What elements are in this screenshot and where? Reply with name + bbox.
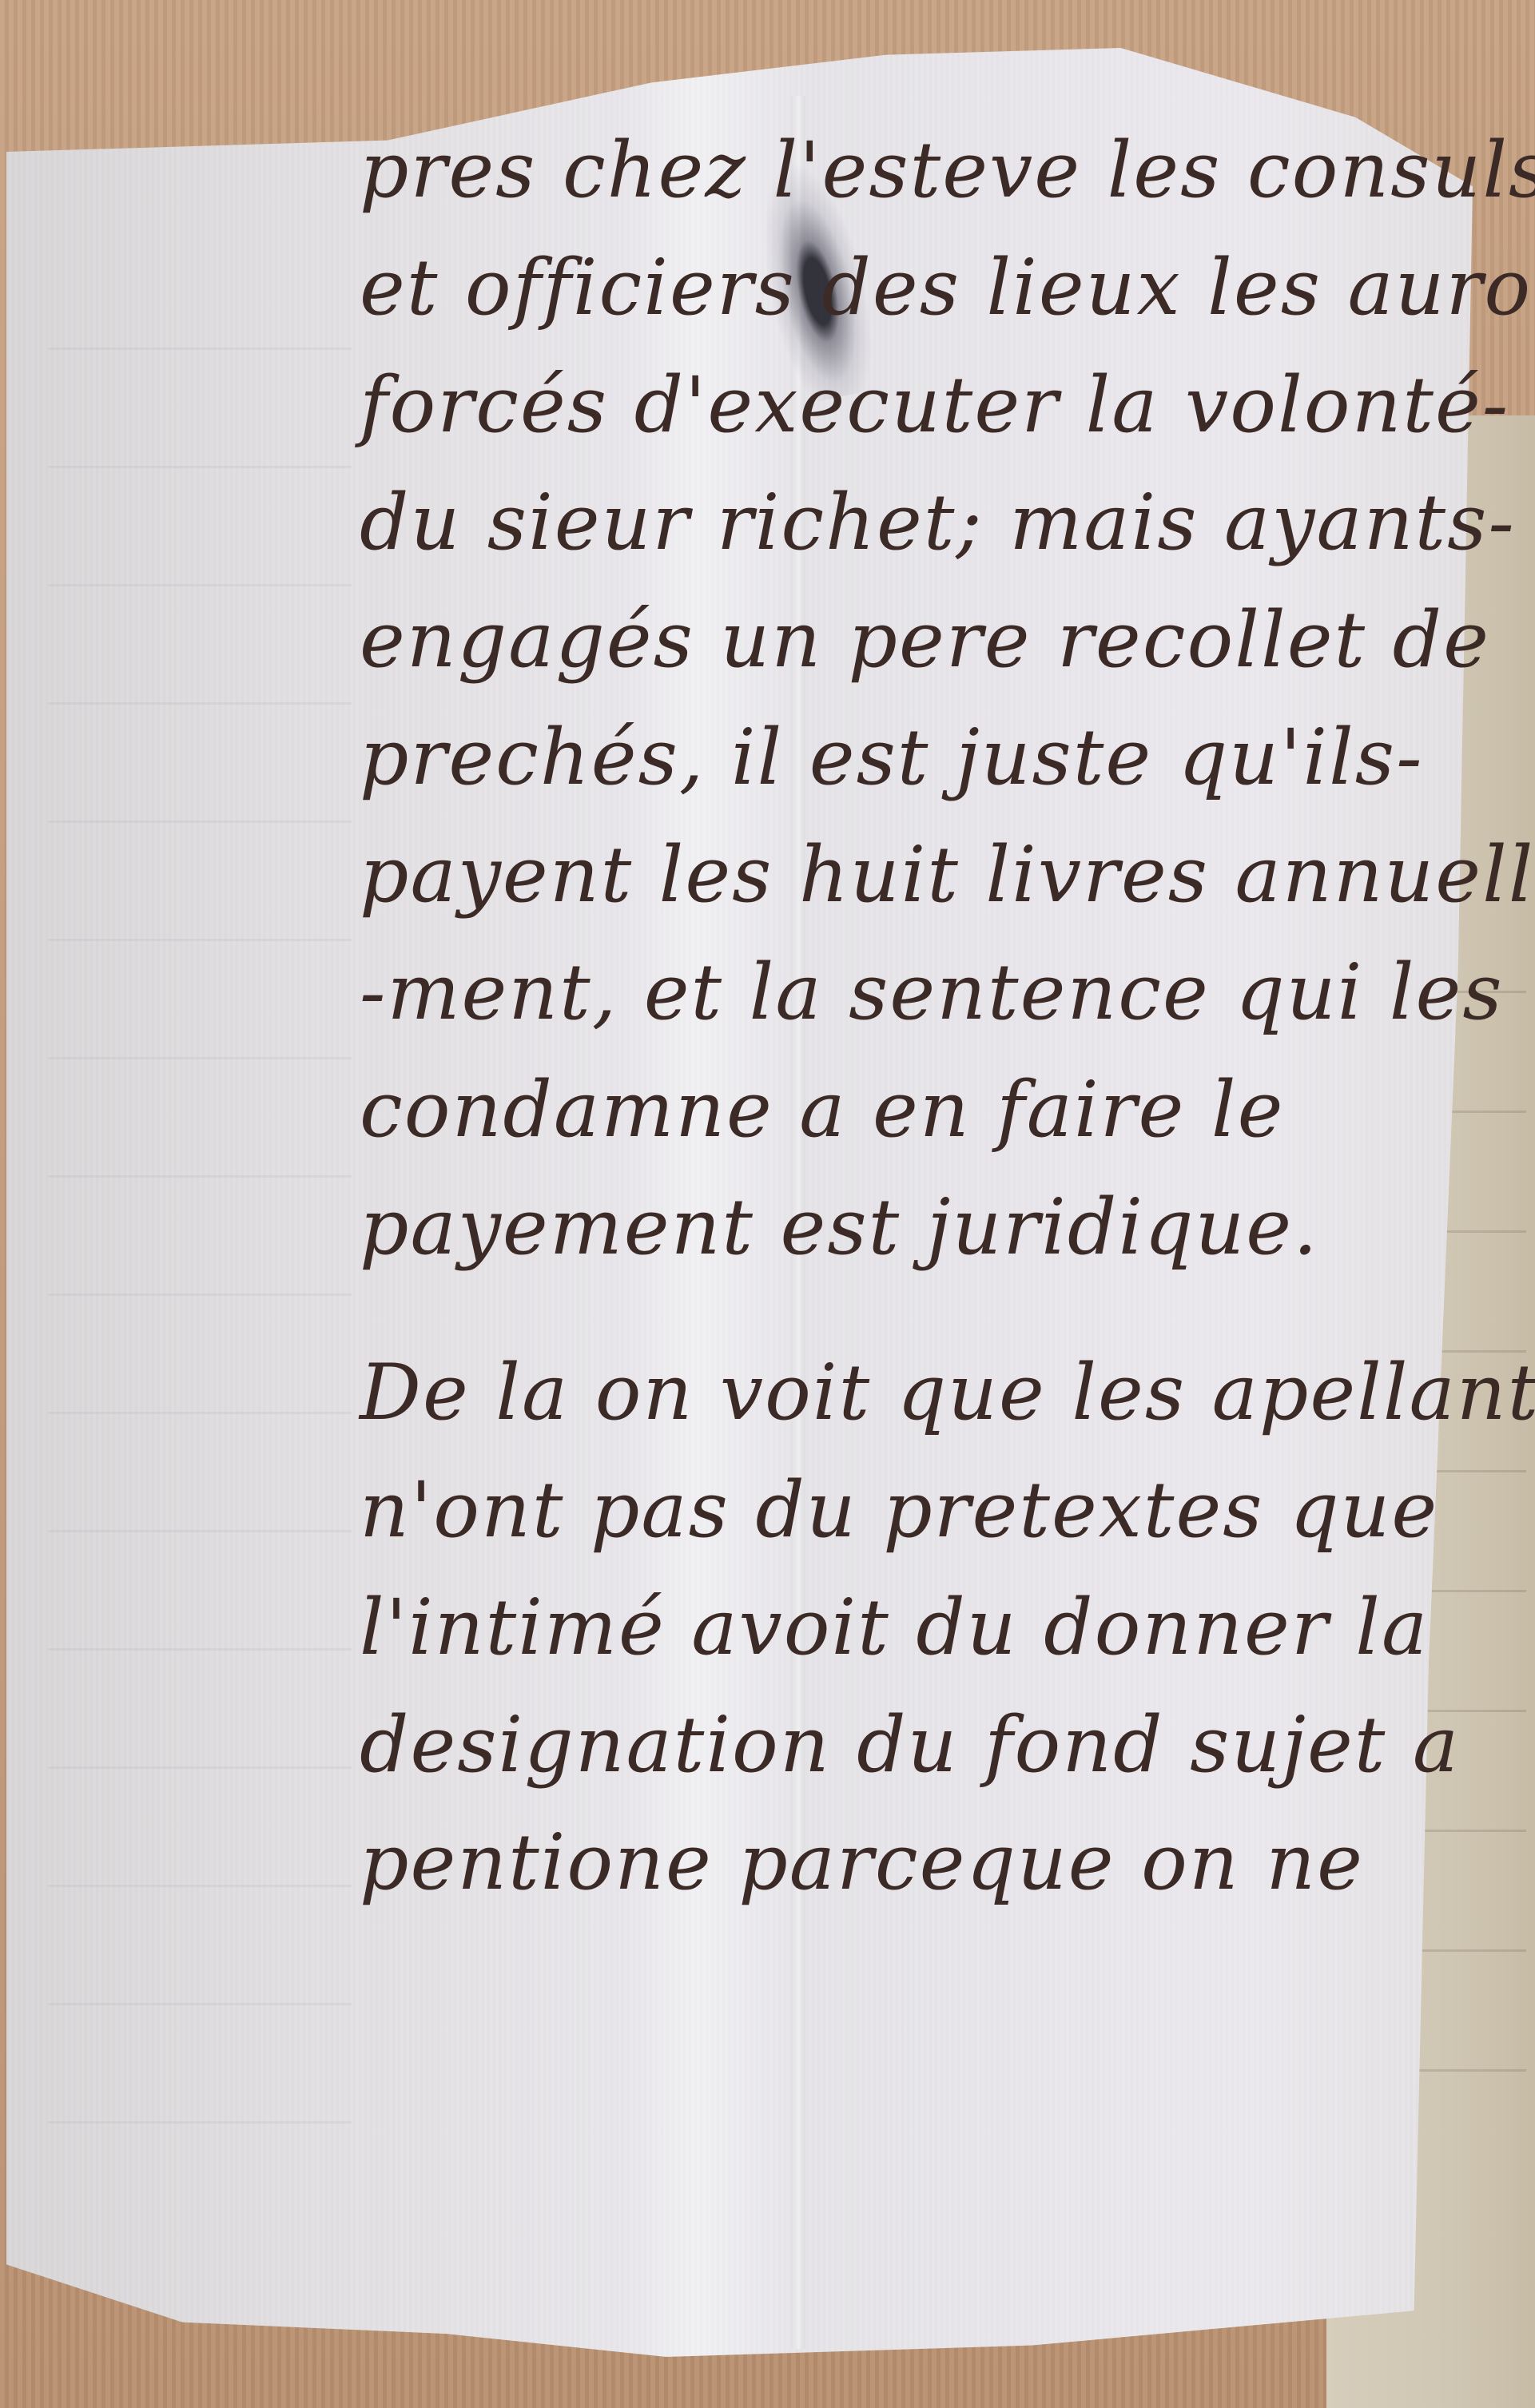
text-line: -ment, et la sentence qui les: [360, 934, 1470, 1051]
text-line: condamne a en faire le: [360, 1051, 1470, 1169]
text-line: payement est juridique.: [360, 1169, 1470, 1286]
text-line: du sieur richet; mais ayants-: [360, 464, 1470, 582]
text-line: pres chez l'esteve les consuls-: [360, 112, 1470, 229]
text-line: forcés d'executer la volonté-: [360, 347, 1470, 464]
text-line: De la on voit que les apellants: [360, 1334, 1470, 1452]
text-line: n'ont pas du pretextes que: [360, 1452, 1470, 1569]
paragraph-1: pres chez l'esteve les consuls- et offic…: [360, 112, 1470, 1286]
text-line: payent les huit livres annuelle: [360, 817, 1470, 934]
ink-bleed-through: [48, 240, 352, 2237]
handwritten-text: pres chez l'esteve les consuls- et offic…: [360, 112, 1470, 1921]
text-line: designation du fond sujet a: [360, 1687, 1470, 1804]
text-line: prechés, il est juste qu'ils-: [360, 699, 1470, 817]
paragraph-2: De la on voit que les apellants n'ont pa…: [360, 1334, 1470, 1921]
text-line: engagés un pere recollet de: [360, 582, 1470, 699]
text-line: et officiers des lieux les auroient-: [360, 229, 1470, 347]
text-line: l'intimé avoit du donner la: [360, 1569, 1470, 1687]
text-line: pentione parceque on ne: [360, 1804, 1470, 1921]
